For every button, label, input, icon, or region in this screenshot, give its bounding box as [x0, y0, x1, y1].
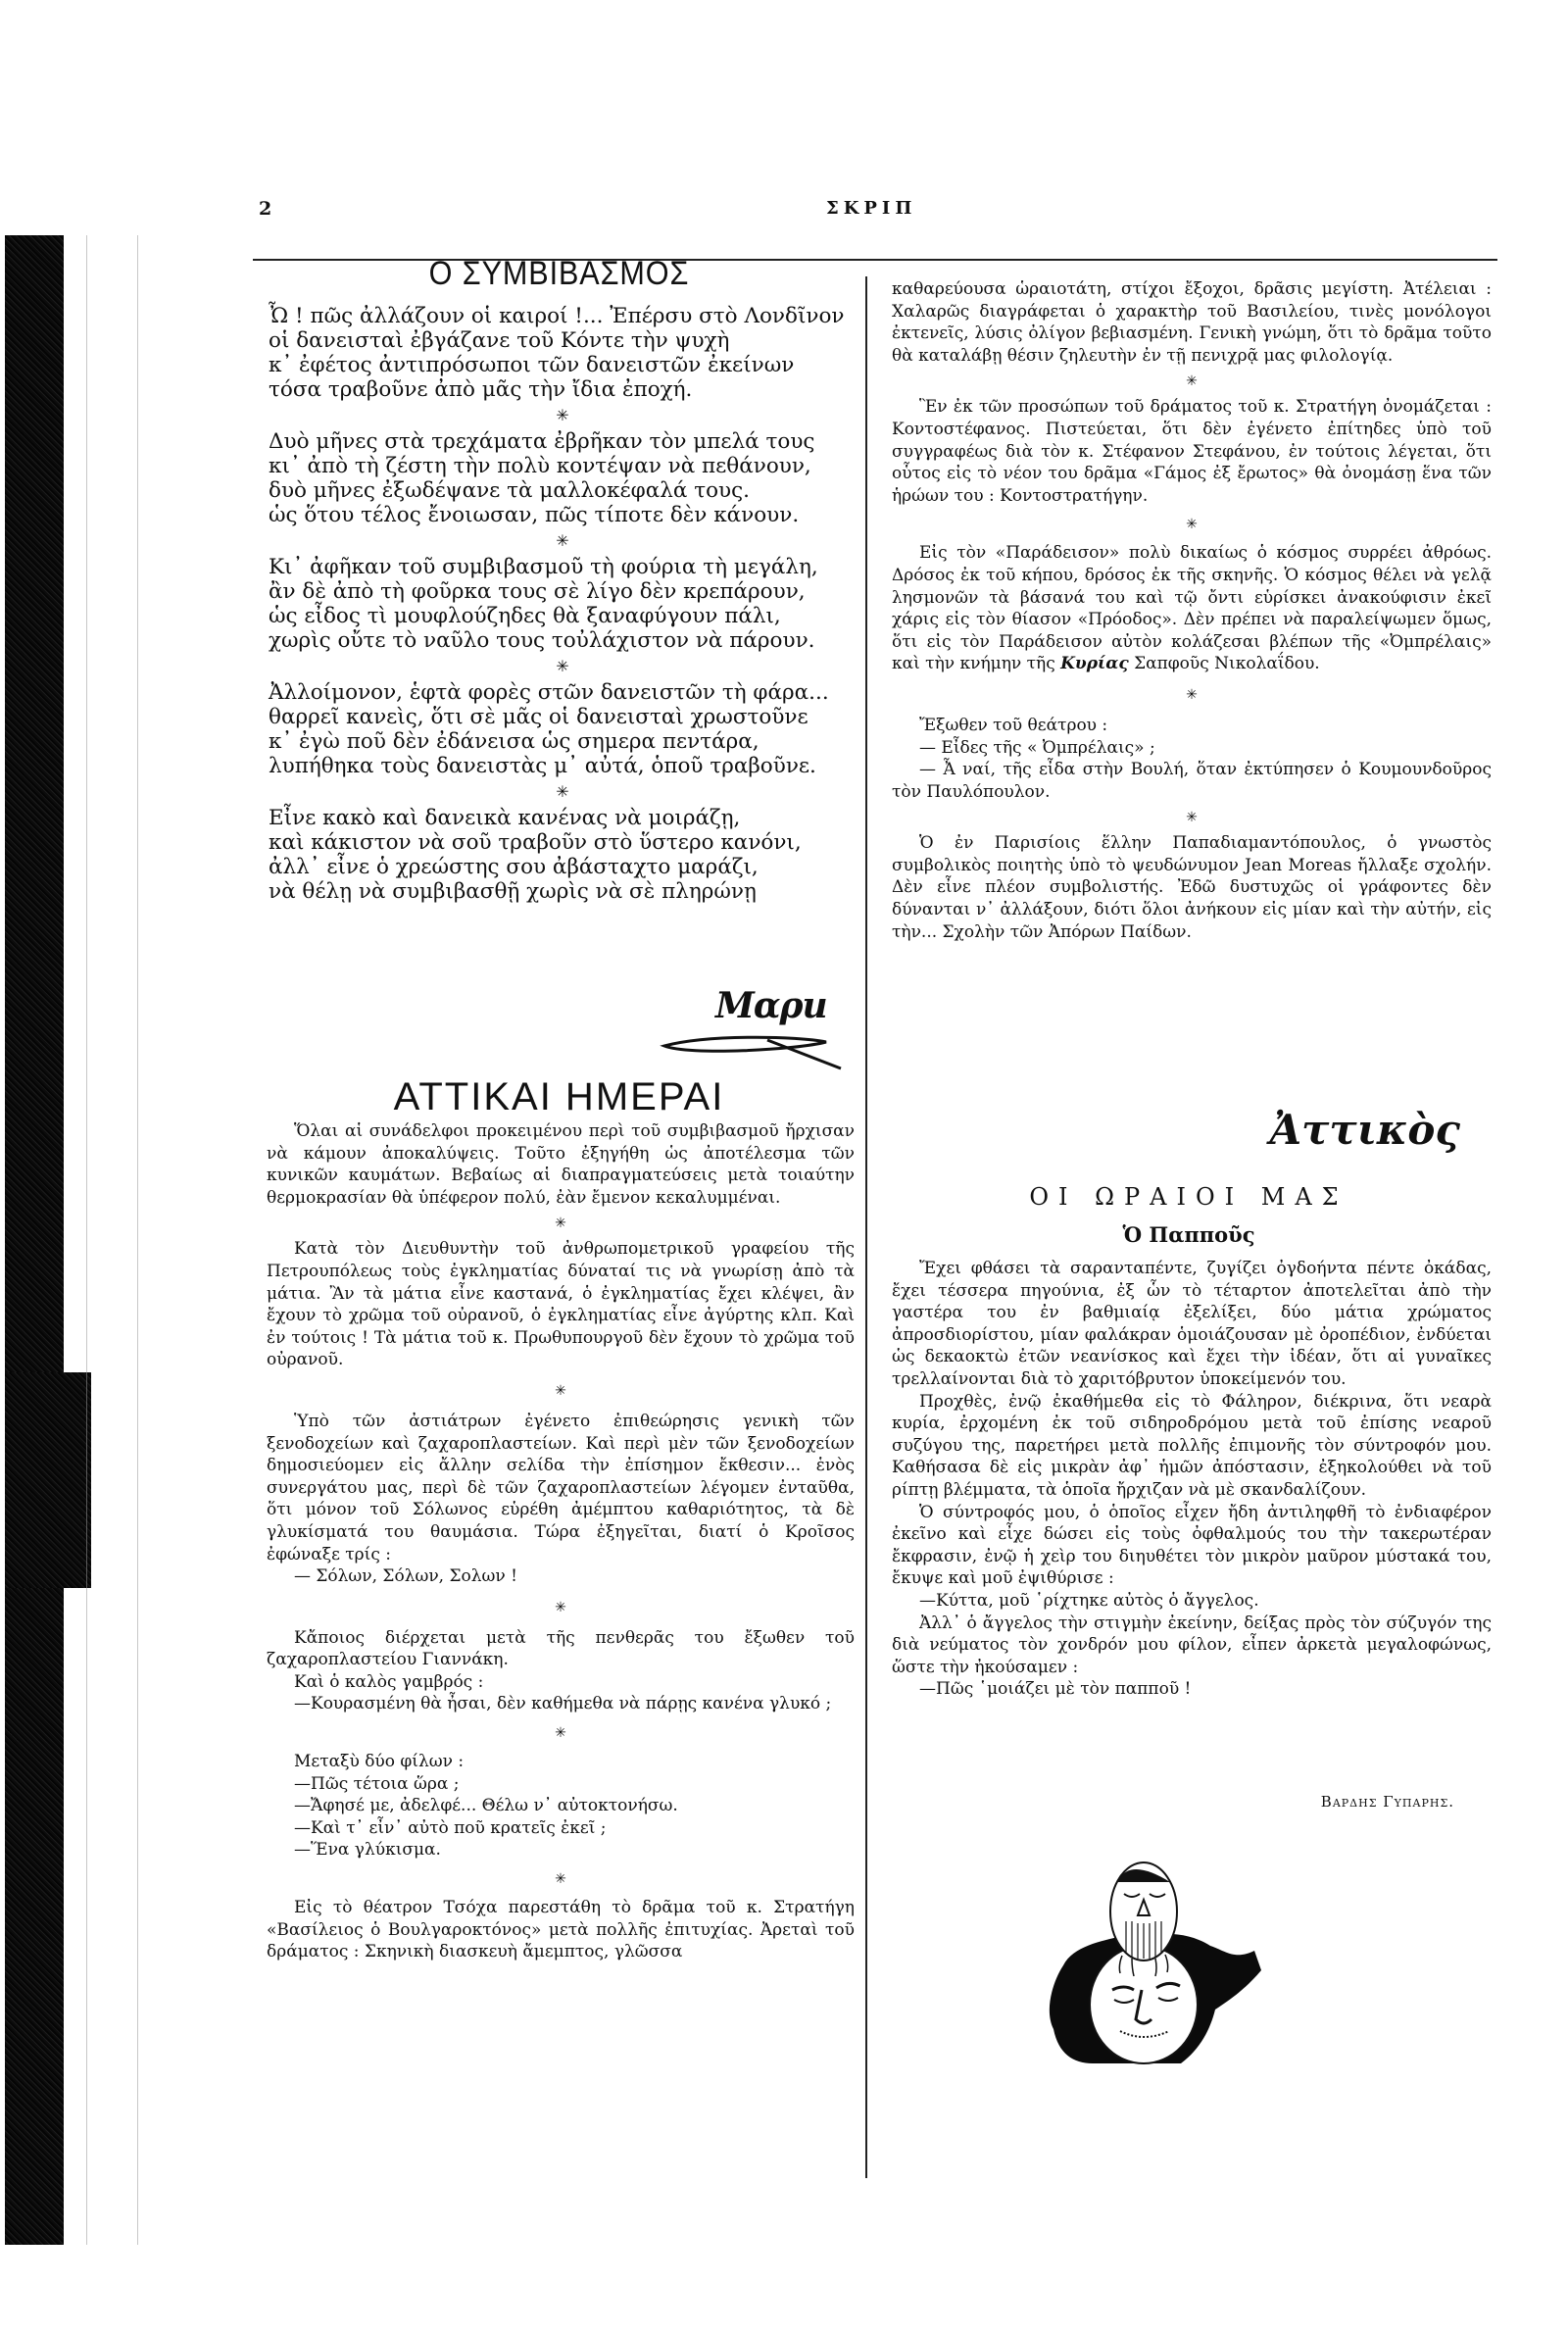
- dialog-line: —Κύττα, μοῦ ῾ρίχτηκε αὐτὸς ὁ ἄγγελος.: [892, 1590, 1492, 1613]
- attikai-column-text: Ὅλαι αἱ συνάδελφοι προκειμένου περὶ τοῦ …: [267, 1120, 855, 1963]
- paragraph: Ὁ σύντροφός μου, ὁ ὁποῖος εἶχεν ἤδη ἀντι…: [892, 1502, 1492, 1590]
- dialog-line: —Ἄφησέ με, ἀδελφέ... Θέλω ν᾽ αὐτοκτονήσω…: [267, 1795, 855, 1817]
- page-header: 2 ΣΚΡΙΠ: [253, 192, 1497, 263]
- separator-star-icon: ✳: [267, 1588, 855, 1627]
- poem-line: Ἀλλοίμονον, ἑφτὰ φορὲς στῶν δανειστῶν τὴ…: [269, 680, 857, 705]
- separator-star-icon: ✳: [269, 653, 857, 680]
- paragraph: Ἔχει φθάσει τὰ σαρανταπέντε, ζυγίζει ὀγδ…: [892, 1258, 1492, 1391]
- poem-line: λυπήθηκα τοὺς δανειστὰς μ᾽ αὐτά, ὁποῦ τρ…: [269, 754, 857, 778]
- owl-caricature-illustration: [1034, 1843, 1269, 2088]
- poem-line: ὡς εἶδος τὶ μουφλούζηδες θὰ ξαναφύγουν π…: [269, 604, 857, 628]
- poem-line: κ᾽ ἐγὼ ποῦ δὲν ἐδάνεισα ὡς σημερα πεντάρ…: [269, 729, 857, 754]
- dialog-line: —Ἕνα γλύκισμα.: [267, 1839, 855, 1861]
- poem-line: καὶ κάκιστον νὰ σοῦ τραβοῦν στὸ ὕστερο κ…: [269, 830, 857, 855]
- poem-line: θαρρεῖ κανεὶς, ὅτι σὲ μᾶς οἱ δανεισταὶ χ…: [269, 705, 857, 729]
- attikai-continued-text: καθαρεύουσα ὡραιοτάτη, στίχοι ἔξοχοι, δρ…: [892, 278, 1492, 943]
- poem-body: Ὦ ! πῶς ἀλλάζουν οἱ καιροί !... Ἐπέρσυ σ…: [269, 304, 857, 904]
- separator-star-icon: ✳: [269, 527, 857, 555]
- paragraph: Μεταξὺ δύο φίλων :: [267, 1751, 855, 1773]
- poem-line: νὰ θέλῃ νὰ συμβιβασθῇ χωρὶς νὰ σὲ πληρών…: [269, 879, 857, 904]
- separator-star-icon: ✳: [269, 402, 857, 429]
- section-title-oraioi: ΟΙ ΩΡΑΙΟΙ ΜΑΣ: [884, 1183, 1494, 1211]
- dialog-line: — Σόλων, Σόλων, Σολων !: [267, 1565, 855, 1588]
- poem-stanza: Εἶνε κακὸ καὶ δανεικὰ κανένας νὰ μοιράζῃ…: [269, 806, 857, 904]
- masthead: ΣΚΡΙΠ: [826, 198, 916, 219]
- separator-star-icon: ✳: [892, 675, 1492, 715]
- paragraph-text: Σαπφοῦς Νικολαΐδου.: [1134, 654, 1320, 673]
- paragraph: Καὶ ὁ καλὸς γαμβρός :: [267, 1671, 855, 1694]
- oraioi-text: Ἔχει φθάσει τὰ σαρανταπέντε, ζυγίζει ὀγδ…: [892, 1258, 1492, 1701]
- paragraph: Ὁ ἐν Παρισίοις ἕλλην Παπαδιαμαντόπουλος,…: [892, 832, 1492, 943]
- poem-line: ἀλλ᾽ εἶνε ὁ χρεώστης σου ἀβάσταχτο μαράζ…: [269, 855, 857, 879]
- gutter-line: [86, 235, 87, 2245]
- dialog-line: —Πῶς ῾μοιάζει μὲ τὸν παπποῦ !: [892, 1678, 1492, 1701]
- paragraph: Εἰς τὸ θέατρον Τσόχα παρεστάθη τὸ δρᾶμα …: [267, 1897, 855, 1963]
- paragraph: Εἰς τὸν «Παράδεισον» πολὺ δικαίως ὁ κόσμ…: [892, 542, 1492, 675]
- poem-line: δυὸ μῆνες ἐξωδέψανε τὰ μαλλοκέφαλά τους.: [269, 478, 857, 503]
- paragraph: Ἔξωθεν τοῦ θεάτρου :: [892, 715, 1492, 737]
- separator-star-icon: ✳: [892, 803, 1492, 832]
- dialog-line: — Ἆ ναί, τῆς εἶδα στὴν Βουλή, ὅταν ἐκτύπ…: [892, 759, 1492, 803]
- page-number: 2: [259, 198, 271, 220]
- column-separator: [865, 276, 867, 2178]
- poem-line: ἂν δὲ ἀπὸ τὴ φοῦρκα τους σὲ λίγο δὲν κρε…: [269, 579, 857, 604]
- attikai-signature: Ἀττικὸς: [1270, 1106, 1461, 1154]
- separator-star-icon: ✳: [892, 507, 1492, 542]
- poem-line: κ᾽ ἐφέτος ἀντιπρόσωποι τῶν δανειστῶν ἐκε…: [269, 353, 857, 377]
- paragraph: Προχθὲς, ἐνῷ ἐκαθήμεθα εἰς τὸ Φάληρον, δ…: [892, 1391, 1492, 1502]
- dialog-line: — Εἶδες τῆς « Ὀμπρέλαις» ;: [892, 737, 1492, 760]
- poem-stanza: Κι᾽ ἀφῆκαν τοῦ συμβιβασμοῦ τὴ φούρια τὴ …: [269, 555, 857, 653]
- separator-star-icon: ✳: [267, 1371, 855, 1411]
- paragraph: Κἄποιος διέρχεται μετὰ τῆς πενθερᾶς του …: [267, 1627, 855, 1671]
- poem-line: τόσα τραβοῦνε ἀπὸ μᾶς τὴν ἴδια ἐποχή.: [269, 377, 857, 402]
- poem-line: Εἶνε κακὸ καὶ δανεικὰ κανένας νὰ μοιράζῃ…: [269, 806, 857, 830]
- paragraph: Ἓν ἐκ τῶν προσώπων τοῦ δράματος τοῦ κ. Σ…: [892, 396, 1492, 507]
- dialog-line: —Πῶς τέτοια ὥρα ;: [267, 1773, 855, 1796]
- poem-title: Ο ΣΥΜΒΙΒΑΣΜΟΣ: [292, 255, 826, 293]
- separator-star-icon: ✳: [267, 1861, 855, 1897]
- poem-line: ὡς ὅτου τέλος ἔνοιωσαν, πῶς τίποτε δὲν κ…: [269, 503, 857, 527]
- poem-line: Δυὸ μῆνες στὰ τρεχάματα ἐβρῆκαν τὸν μπελ…: [269, 429, 857, 454]
- paragraph: Κατὰ τὸν Διευθυντὴν τοῦ ἀνθρωπομετρικοῦ …: [267, 1238, 855, 1371]
- separator-star-icon: ✳: [267, 1209, 855, 1238]
- gutter-line: [137, 235, 138, 2245]
- poem-signature: Μαρu: [715, 985, 827, 1026]
- scan-edge-shadow: [5, 1372, 91, 1588]
- paragraph: Ὅλαι αἱ συνάδελφοι προκειμένου περὶ τοῦ …: [267, 1120, 855, 1209]
- poem-line: οἱ δανεισταὶ ἐβγάζανε τοῦ Κόντε τὴν ψυχὴ: [269, 328, 857, 353]
- poem-stanza: Ὦ ! πῶς ἀλλάζουν οἱ καιροί !... Ἐπέρσυ σ…: [269, 304, 857, 402]
- paragraph: καθαρεύουσα ὡραιοτάτη, στίχοι ἔξοχοι, δρ…: [892, 278, 1492, 367]
- paragraph: Ὑπὸ τῶν ἀστιάτρων ἐγένετο ἐπιθεώρησις γε…: [267, 1411, 855, 1565]
- separator-star-icon: ✳: [269, 778, 857, 806]
- poem-line: Ὦ ! πῶς ἀλλάζουν οἱ καιροί !... Ἐπέρσυ σ…: [269, 304, 857, 328]
- poem-stanza: Δυὸ μῆνες στὰ τρεχάματα ἐβρῆκαν τὸν μπελ…: [269, 429, 857, 527]
- author-byline: Βαρδης Γυπαρης.: [1321, 1793, 1454, 1811]
- paragraph: Ἀλλ᾽ ὁ ἄγγελος τὴν στιγμὴν ἐκείνην, δείξ…: [892, 1613, 1492, 1679]
- separator-star-icon: ✳: [267, 1715, 855, 1751]
- scan-edge-shadow: [5, 235, 64, 2245]
- poem-line: χωρὶς οὔτε τὸ ναῦλο τους τοὐλάχιστον νὰ …: [269, 628, 857, 653]
- separator-star-icon: ✳: [892, 367, 1492, 396]
- article-subtitle: Ὁ Παπποῦς: [884, 1222, 1494, 1247]
- emphasis-text: Κυρίας: [1060, 654, 1129, 673]
- signature-flourish-icon: [650, 1024, 846, 1073]
- section-title-attikai: ΑΤΤΙΚΑΙ ΗΜΕΡΑΙ: [263, 1075, 856, 1119]
- dialog-line: —Καὶ τ᾽ εἶν᾽ αὐτὸ ποῦ κρατεῖς ἐκεῖ ;: [267, 1817, 855, 1840]
- poem-line: Κι᾽ ἀφῆκαν τοῦ συμβιβασμοῦ τὴ φούρια τὴ …: [269, 555, 857, 579]
- poem-line: κι᾽ ἀπὸ τὴ ζέστη τὴν πολὺ κοντέψαν νὰ πε…: [269, 454, 857, 478]
- dialog-line: —Κουρασμένη θὰ ἦσαι, δὲν καθήμεθα νὰ πάρ…: [267, 1693, 855, 1715]
- poem-stanza: Ἀλλοίμονον, ἑφτὰ φορὲς στῶν δανειστῶν τὴ…: [269, 680, 857, 778]
